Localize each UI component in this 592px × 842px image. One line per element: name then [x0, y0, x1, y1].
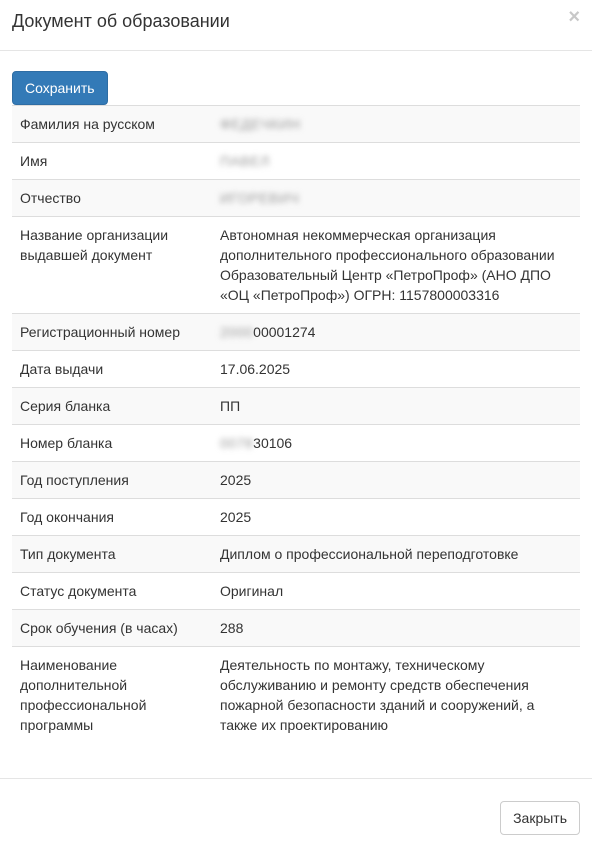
field-value: ФЕДЕЧКИН: [212, 106, 580, 143]
field-label: Дата выдачи: [12, 351, 212, 388]
redacted-value: 0078: [220, 433, 253, 453]
field-label: Год окончания: [12, 499, 212, 536]
field-label: Тип документа: [12, 536, 212, 573]
table-row: Дата выдачи 17.06.2025: [12, 351, 580, 388]
field-label: Название организации выдавшей документ: [12, 217, 212, 314]
field-label: Год поступления: [12, 462, 212, 499]
education-document-modal: Документ об образовании × Сохранить Фами…: [0, 0, 592, 842]
field-label: Имя: [12, 143, 212, 180]
field-label: Наименование дополнительной профессионал…: [12, 647, 212, 744]
table-row: Название организации выдавшей документ А…: [12, 217, 580, 314]
field-value: Оригинал: [212, 573, 580, 610]
visible-value: 00001274: [253, 324, 315, 340]
table-row: Номер бланка 007830106: [12, 425, 580, 462]
table-row: Тип документа Диплом о профессиональной …: [12, 536, 580, 573]
field-value: ПП: [212, 388, 580, 425]
field-label: Отчество: [12, 180, 212, 217]
field-label: Регистрационный номер: [12, 314, 212, 351]
modal-footer: Закрыть: [0, 778, 592, 842]
field-label: Номер бланка: [12, 425, 212, 462]
details-table: Фамилия на русском ФЕДЕЧКИН Имя ПАВЕЛ От…: [12, 105, 580, 743]
table-row: Год окончания 2025: [12, 499, 580, 536]
field-label: Срок обучения (в часах): [12, 610, 212, 647]
redacted-value: ФЕДЕЧКИН: [220, 114, 300, 134]
field-value: Диплом о профессиональной переподготовке: [212, 536, 580, 573]
field-value: Деятельность по монтажу, техническому об…: [212, 647, 580, 744]
save-button[interactable]: Сохранить: [12, 71, 108, 105]
table-row: Серия бланка ПП: [12, 388, 580, 425]
close-button[interactable]: Закрыть: [500, 801, 580, 835]
redacted-value: ИГОРЕВИЧ: [220, 188, 299, 208]
table-row: Год поступления 2025: [12, 462, 580, 499]
table-row: Регистрационный номер 200000001274: [12, 314, 580, 351]
table-row: Срок обучения (в часах) 288: [12, 610, 580, 647]
field-value: 2025: [212, 499, 580, 536]
table-row: Наименование дополнительной профессионал…: [12, 647, 580, 744]
field-value: ПАВЕЛ: [212, 143, 580, 180]
modal-header: Документ об образовании ×: [0, 0, 592, 51]
field-label: Статус документа: [12, 573, 212, 610]
field-value: 288: [212, 610, 580, 647]
field-value: 007830106: [212, 425, 580, 462]
field-value: 17.06.2025: [212, 351, 580, 388]
field-value: 2025: [212, 462, 580, 499]
field-label: Серия бланка: [12, 388, 212, 425]
table-row: Отчество ИГОРЕВИЧ: [12, 180, 580, 217]
close-icon[interactable]: ×: [568, 7, 580, 27]
field-value: ИГОРЕВИЧ: [212, 180, 580, 217]
redacted-value: 2000: [220, 322, 253, 342]
table-row: Фамилия на русском ФЕДЕЧКИН: [12, 106, 580, 143]
modal-body: Сохранить Фамилия на русском ФЕДЕЧКИН Им…: [0, 51, 592, 743]
field-value: Автономная некоммерческая организация до…: [212, 217, 580, 314]
table-row: Имя ПАВЕЛ: [12, 143, 580, 180]
visible-value: 30106: [253, 435, 292, 451]
table-row: Статус документа Оригинал: [12, 573, 580, 610]
modal-title: Документ об образовании: [12, 10, 580, 32]
field-label: Фамилия на русском: [12, 106, 212, 143]
redacted-value: ПАВЕЛ: [220, 151, 270, 171]
field-value: 200000001274: [212, 314, 580, 351]
